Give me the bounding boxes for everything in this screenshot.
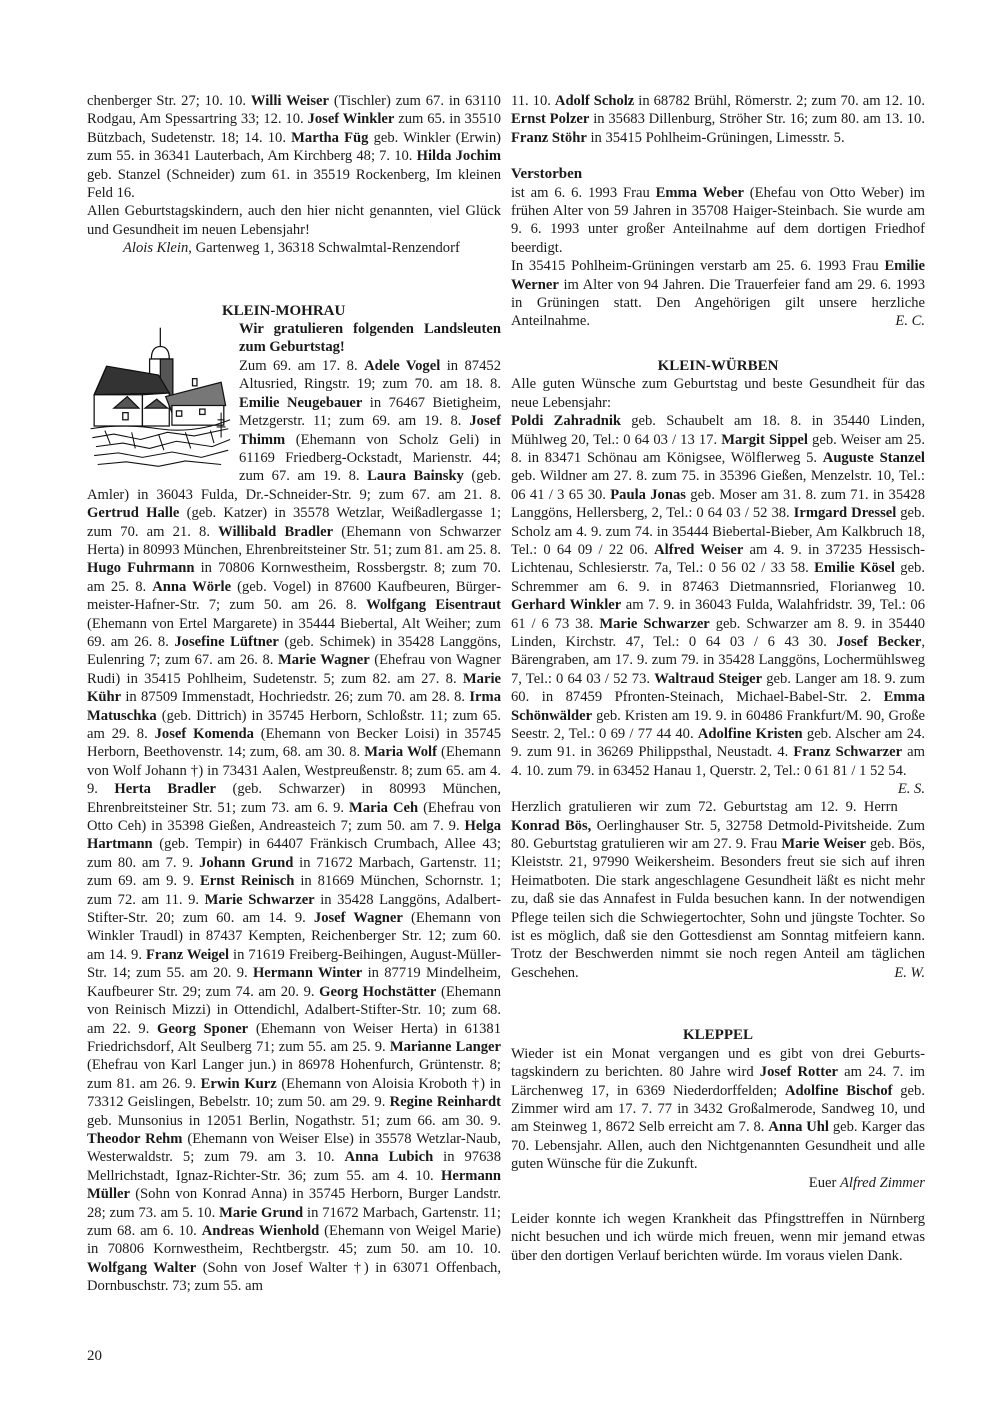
- section-intro: Alle guten Wünsche zum Geburtstag und be…: [511, 375, 925, 412]
- person-name: Ernst Polzer: [511, 111, 589, 127]
- person-name: Franz Stöhr: [511, 130, 587, 146]
- signature-name: Alfred Zimmer: [840, 1175, 925, 1191]
- person-name: Irmgard Dressel: [794, 505, 897, 521]
- section-paragraph: Wieder ist ein Monat vergangen und es gi…: [511, 1045, 925, 1174]
- section-signature: Euer Alfred Zimmer: [511, 1174, 925, 1192]
- person-name: Johann Grund: [199, 855, 293, 871]
- person-name: Marianne Langer: [390, 1039, 501, 1055]
- person-name: Martha Füg: [291, 130, 368, 146]
- person-name: Marie Kühr: [87, 671, 501, 705]
- section-klein-mohrau: KLEIN-MOHRAU: [87, 302, 501, 1296]
- person-name: Georg Sponer: [157, 1021, 248, 1037]
- birthday-list-continuation: chenberger Str. 27; 10. 10. Willi Weiser…: [87, 92, 501, 202]
- person-name: Maria Ceh: [349, 800, 418, 816]
- person-name: Hilda Jochim: [417, 148, 501, 164]
- person-name: Emilie Kösel: [814, 560, 895, 576]
- person-name: Theodor Rehm: [87, 1131, 182, 1147]
- page-number: 20: [87, 1348, 102, 1365]
- person-name: Anna Uhl: [768, 1119, 829, 1135]
- left-column: chenberger Str. 27; 10. 10. Willi Weiser…: [87, 92, 501, 1296]
- birthday-list: Poldi Zahradnik geb. Schaubelt am 18. 8.…: [511, 412, 925, 780]
- person-name: Erwin Kurz: [201, 1076, 277, 1092]
- author-name: Alois Klein: [123, 240, 188, 256]
- person-name: Laura Bainsky: [367, 468, 464, 484]
- person-name: Josef Thimm: [239, 413, 501, 447]
- person-name: Waltraud Steiger: [654, 671, 762, 687]
- person-name: Franz Weigel: [146, 947, 229, 963]
- person-name: Josef Rotter: [760, 1064, 838, 1080]
- obituary-signature: E. C.: [895, 312, 925, 330]
- person-name: Margit Sippel: [721, 432, 808, 448]
- person-name: Marie Schwarzer: [205, 892, 315, 908]
- birthday-note: Herzlich gratulieren wir zum 72. Geburts…: [511, 798, 925, 982]
- person-name: Emilie Neugebauer: [239, 395, 362, 411]
- section-title: KLEIN-WÜRBEN: [511, 357, 925, 375]
- section-verstorben: Verstorben ist am 6. 6. 1993 Frau Emma W…: [511, 165, 925, 331]
- person-name: Adolfine Bischof: [785, 1083, 893, 1099]
- person-name: Paula Jonas: [610, 487, 686, 503]
- person-name: Maria Wolf: [364, 744, 437, 760]
- author-address: , Gartenweg 1, 36318 Schwalmtal-Renzendo…: [188, 240, 460, 256]
- person-name: Alfred Wei­ser: [654, 542, 743, 558]
- person-name: Wolfgang Walter: [87, 1260, 196, 1276]
- person-name: Emilie Werner: [511, 258, 925, 292]
- person-name: Hermann Winter: [253, 965, 362, 981]
- person-name: Marie Grund: [219, 1205, 303, 1221]
- person-name: Wolfgang Eisentraut: [366, 597, 501, 613]
- birthday-list: Zum 69. am 17. 8. Adele Vogel in 87452 A…: [87, 357, 501, 1296]
- person-name: Anna Wörle: [152, 579, 231, 595]
- person-name: Josef Wagner: [314, 910, 403, 926]
- person-name: Hugo Fuhrmann: [87, 560, 195, 576]
- person-name: Irma Matuschka: [87, 689, 501, 723]
- person-name: Marie Wagner: [278, 652, 370, 668]
- church-illustration: [87, 322, 239, 472]
- person-name: Regine Reinhardt: [390, 1094, 501, 1110]
- person-name: Marie Schwarzer: [599, 616, 709, 632]
- section-title: KLEPPEL: [511, 1026, 925, 1044]
- person-name: Josefine Lüftner: [174, 634, 278, 650]
- person-name: Marie Wei­ser: [781, 836, 866, 852]
- person-name: Franz Schwarzer: [793, 744, 902, 760]
- section-heading: Verstorben: [511, 165, 925, 183]
- section-kleppel: KLEPPEL Wieder ist ein Monat vergangen u…: [511, 1026, 925, 1265]
- person-name: Adolf Scholz: [555, 93, 634, 109]
- person-name: Helga Hartmann: [87, 818, 501, 852]
- person-name: Auguste Stanzel: [823, 450, 925, 466]
- section-title: KLEIN-MOHRAU: [87, 302, 501, 320]
- right-column: 11. 10. Adolf Scholz in 68782 Brühl, Röm…: [511, 92, 925, 1265]
- person-name: Georg Hochstätter: [319, 984, 436, 1000]
- person-name: Josef Komenda: [155, 726, 254, 742]
- person-name: Gerhard Winkler: [511, 597, 621, 613]
- church-drawing-icon: [87, 322, 239, 472]
- obituary-paragraph: In 35415 Pohlheim-Grüningen verstarb am …: [511, 257, 925, 331]
- note-signature: E. W.: [894, 964, 925, 982]
- section-klein-wuerben: KLEIN-WÜRBEN Alle guten Wünsche zum Gebu…: [511, 357, 925, 982]
- closing-paragraph: Leider konnte ich wegen Krankheit das Pf…: [511, 1210, 925, 1265]
- person-name: Andreas Wienhold: [202, 1223, 320, 1239]
- person-name: Ernst Reinisch: [200, 873, 294, 889]
- section-signature: E. S.: [898, 780, 925, 798]
- person-name: Konrad Bös,: [511, 818, 591, 834]
- person-name: Emma Weber: [656, 185, 744, 201]
- person-name: Hermann Müller: [87, 1168, 501, 1202]
- person-name: Willibald Bradler: [218, 524, 333, 540]
- birthday-list-continuation: 11. 10. Adolf Scholz in 68782 Brühl, Röm…: [511, 92, 925, 147]
- person-name: Adolfine Kristen: [698, 726, 803, 742]
- person-name: Poldi Zahradnik: [511, 413, 621, 429]
- person-name: Herta Brad­ler: [114, 781, 216, 797]
- person-name: Gertrud Halle: [87, 505, 179, 521]
- person-name: Emma Schönwälder: [511, 689, 925, 723]
- closing-wish: Allen Geburtstagskindern, auch den hier …: [87, 202, 501, 239]
- person-name: Josef Winkler: [308, 111, 395, 127]
- person-name: Adele Vogel: [364, 358, 440, 374]
- person-name: Anna Lubich: [345, 1149, 434, 1165]
- obituary-paragraph: ist am 6. 6. 1993 Frau Emma Weber (Ehefa…: [511, 184, 925, 258]
- author-signature: Alois Klein, Gartenweg 1, 36318 Schwalmt…: [87, 239, 501, 257]
- person-name: Willi Weiser: [251, 93, 329, 109]
- person-name: Josef Becker: [836, 634, 921, 650]
